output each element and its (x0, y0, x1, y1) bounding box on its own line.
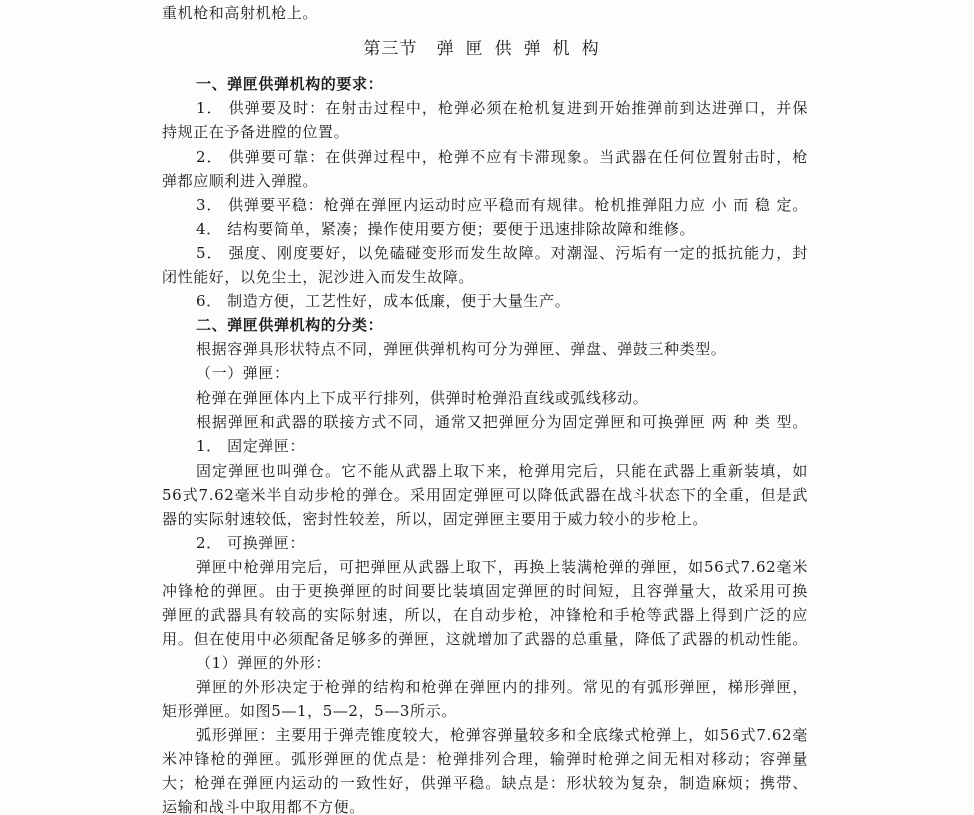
document-page: 重机枪和高射机枪上。 第三节 弹匣供弹机构 一、弹匣供弹机构的要求： 1． 供弹… (0, 0, 974, 815)
text-line: 1． 固定弹匣： (196, 436, 305, 456)
text-line: 1． 供弹要及时：在射击过程中，枪弹必须在枪机复进到开始推弹前到达进弹口，并保 (196, 98, 808, 118)
text-line: 持规正在予备进膛的位置。 (162, 122, 349, 142)
text-line: 3． 供弹要平稳：枪弹在弹匣内运动时应平稳而有规律。枪机推弹阻力应 小 而 稳 … (196, 195, 808, 215)
text-line: 56式7.62毫米半自动步枪的弹仓。采用固定弹匣可以降低武器在战斗状态下的全重，… (162, 485, 808, 505)
heading-requirements: 一、弹匣供弹机构的要求： (196, 74, 383, 94)
text-line: 闭性能好，以免尘土，泥沙进入而发生故障。 (162, 267, 474, 287)
text-line: 重机枪和高射机枪上。 (162, 3, 318, 23)
text-line: 2． 供弹要可靠：在供弹过程中，枪弹不应有卡滞现象。当武器在任何位置射击时，枪 (196, 147, 808, 167)
text-line: （1）弹匣的外形： (196, 653, 331, 673)
text-line: 矩形弹匣。如图5—1，5—2，5—3所示。 (162, 701, 457, 721)
section-name: 弹匣供弹机构 (437, 39, 611, 59)
text-line: 根据弹匣和武器的联接方式不同，通常又把弹匣分为固定弹匣和可换弹匣 两 种 类 型… (196, 412, 808, 432)
text-line: 2． 可换弹匣： (196, 533, 305, 553)
text-line: 4． 结构要简单，紧凑；操作使用要方便；要便于迅速排除故障和维修。 (196, 219, 695, 239)
text-line: 米冲锋枪的弹匣。弧形弹匣的优点是：枪弹排列合理，输弹时枪弹之间无相对移动；容弹量 (162, 749, 808, 769)
text-line: 用。但在使用中必须配备足够多的弹匣，这就增加了武器的总重量，降低了武器的机动性能… (162, 629, 808, 649)
text-line: 6． 制造方便，工艺性好，成本低廉，便于大量生产。 (196, 291, 570, 311)
text-line: 弹都应顺利进入弹膛。 (162, 171, 318, 191)
heading-classification: 二、弹匣供弹机构的分类： (196, 315, 383, 335)
text-line: 枪弹在弹匣体内上下成平行排列，供弹时枪弹沿直线或弧线移动。 (196, 388, 648, 408)
text-line: 弧形弹匣：主要用于弹壳锥度较大，枪弹容弹量较多和全底缘式枪弹上，如56式7.62… (196, 725, 808, 745)
text-line: 器的实际射速较低，密封性较差，所以，固定弹匣主要用于威力较小的步枪上。 (162, 509, 708, 529)
text-line: （一）弹匣： (196, 363, 290, 383)
text-line: 5． 强度、刚度要好，以免磕碰变形而发生故障。对潮湿、污垢有一定的抵抗能力，封 (196, 243, 808, 263)
text-line: 冲锋枪的弹匣。由于更换弹匣的时间要比装填固定弹匣的时间短，且容弹量大，故采用可换 (162, 581, 808, 601)
text-line: 弹匣中枪弹用完后，可把弹匣从武器上取下，再换上装满枪弹的弹匣，如56式7.62毫… (196, 557, 808, 577)
text-line: 弹匣的武器具有较高的实际射速，所以，在自动步枪，冲锋枪和手枪等武器上得到广泛的应 (162, 605, 808, 625)
text-line: 固定弹匣也叫弹仓。它不能从武器上取下来，枪弹用完后，只能在武器上重新装填，如 (196, 461, 808, 481)
text-line: 根据容弹具形状特点不同，弹匣供弹机构可分为弹匣、弹盘、弹鼓三种类型。 (196, 339, 726, 359)
text-line: 大；枪弹在弹匣内运动的一致性好，供弹平稳。缺点是：形状较为复杂，制造麻烦；携带、 (162, 773, 808, 793)
text-line: 弹匣的外形决定于枪弹的结构和枪弹在弹匣内的排列。常见的有弧形弹匣，梯形弹匣， (196, 677, 808, 697)
section-number: 第三节 (363, 39, 417, 59)
text-line: 运输和战斗中取用都不方便。 (162, 797, 365, 815)
section-title: 第三节 弹匣供弹机构 (0, 37, 974, 61)
